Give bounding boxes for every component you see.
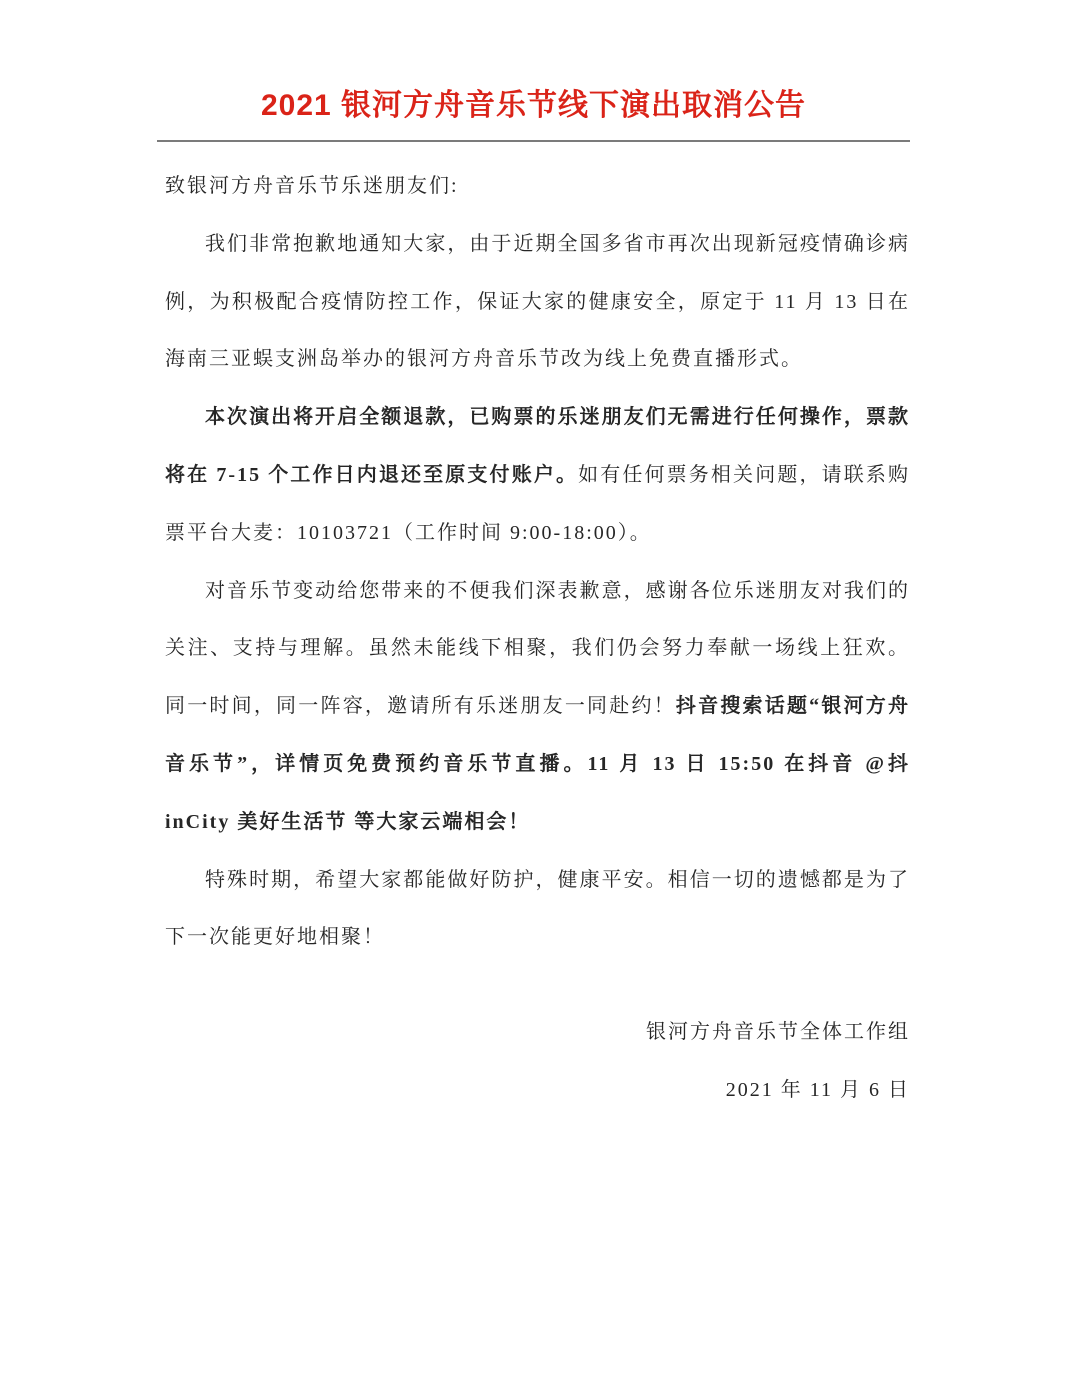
announcement-body: 致银河方舟音乐节乐迷朋友们: 我们非常抱歉地通知大家，由于近期全国多省市再次出现…	[165, 158, 910, 1120]
paragraph-apology: 对音乐节变动给您带来的不便我们深表歉意，感谢各位乐迷朋友对我们的关注、支持与理解…	[165, 563, 910, 852]
signature-name: 银河方舟音乐节全体工作组	[165, 1004, 910, 1062]
paragraph-refund: 本次演出将开启全额退款，已购票的乐迷朋友们无需进行任何操作，票款将在 7-15 …	[165, 389, 910, 562]
salutation-line: 致银河方舟音乐节乐迷朋友们:	[165, 158, 910, 216]
signature-date: 2021 年 11 月 6 日	[165, 1062, 910, 1120]
paragraph-notice: 我们非常抱歉地通知大家，由于近期全国多省市再次出现新冠疫情确诊病例，为积极配合疫…	[165, 216, 910, 389]
text-run: 特殊时期，希望大家都能做好防护，健康平安。相信一切的遗憾都是为了下一次能更好地相…	[165, 869, 910, 949]
title-divider	[157, 140, 910, 142]
announcement-page: 2021 银河方舟音乐节线下演出取消公告 致银河方舟音乐节乐迷朋友们: 我们非常…	[0, 0, 1080, 1377]
paragraph-closing: 特殊时期，希望大家都能做好防护，健康平安。相信一切的遗憾都是为了下一次能更好地相…	[165, 852, 910, 968]
page-title: 2021 银河方舟音乐节线下演出取消公告	[157, 84, 910, 128]
text-run: 我们非常抱歉地通知大家，由于近期全国多省市再次出现新冠疫情确诊病例，为积极配合疫…	[165, 233, 910, 371]
signature-block: 银河方舟音乐节全体工作组 2021 年 11 月 6 日	[165, 1004, 910, 1120]
